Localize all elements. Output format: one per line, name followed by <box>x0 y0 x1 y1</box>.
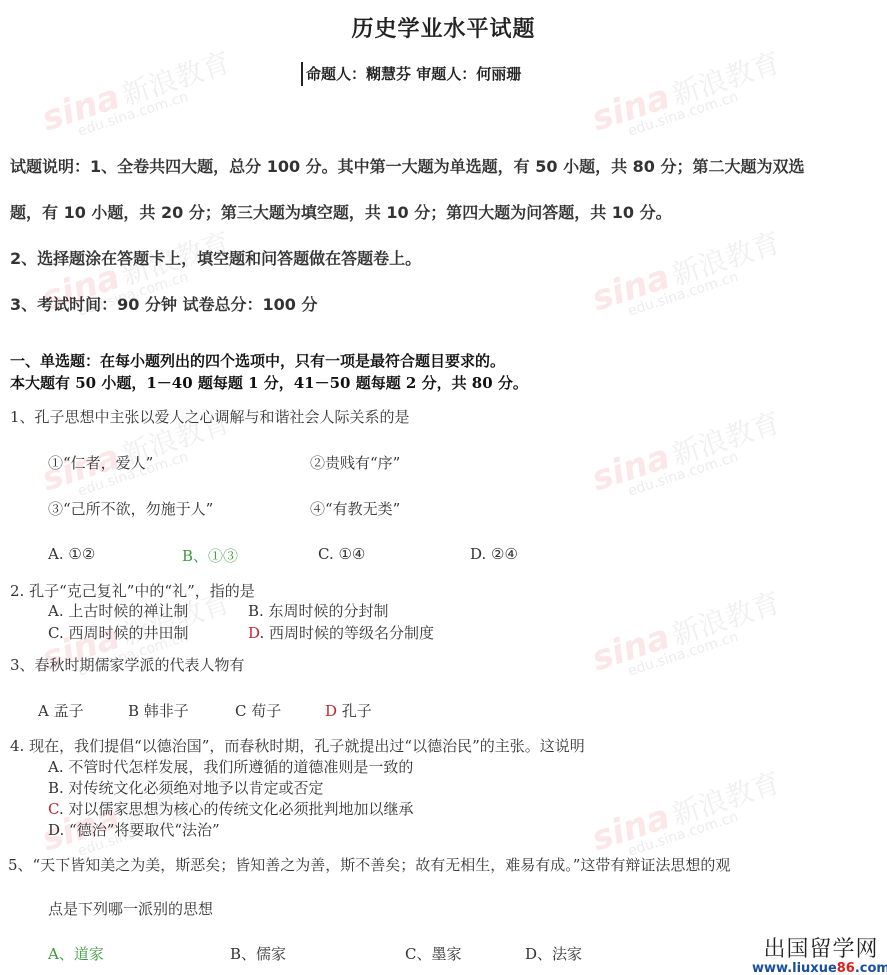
q5-option-b: B、儒家 <box>230 943 286 964</box>
q4-option-d: D. “德治”将要取代“法治” <box>48 819 220 840</box>
section-heading: 一、单选题：在每小题列出的四个选项中，只有一项是最符合题目要求的。 <box>10 350 505 371</box>
q1-statement-1: ①“仁者，爱人” <box>48 452 153 473</box>
sina-watermark: sina新浪教育edu.sina.com.cn <box>587 401 788 509</box>
sina-watermark: sina新浪教育edu.sina.com.cn <box>37 41 238 149</box>
q4-option-b: B. 对传统文化必须绝对地予以肯定或否定 <box>48 777 324 798</box>
logo-text: 出国留学网 <box>752 932 887 963</box>
q2-option-a: A. 上古时候的禅让制 <box>48 600 188 621</box>
sina-watermark: sina新浪教育edu.sina.com.cn <box>587 581 788 689</box>
q4-option-c-answer: C. 对以儒家思想为核心的传统文化必须批判地加以继承 <box>48 798 414 819</box>
question-4-stem: 4. 现在，我们提倡“以德治国”，而春秋时期，孔子就提出过“以德治民”的主张。这… <box>10 735 585 756</box>
q3-option-d-text: 孔子 <box>337 702 372 720</box>
question-5-stem-continued: 点是下列哪一派别的思想 <box>48 898 213 919</box>
q1-statement-4: ④“有教无类” <box>310 498 400 519</box>
q2-option-d-answer: D. 西周时候的等级名分制度 <box>248 622 434 643</box>
q3-option-c: C 荀子 <box>235 700 281 721</box>
q1-option-c: C. ①④ <box>318 545 365 563</box>
instructions-line-2: 题，有 10 小题，共 20 分；第三大题为填空题，共 10 分；第四大题为问答… <box>10 200 672 223</box>
q1-option-b-answer: B、①③ <box>182 545 238 566</box>
authors-line: 命题人：糊慧芬 审题人：何丽珊 <box>301 62 521 86</box>
q5-option-c: C、墨家 <box>405 943 461 964</box>
sina-watermark: sina新浪教育edu.sina.com.cn <box>587 221 788 329</box>
question-1-stem: 1、孔子思想中主张以爱人之心调解与和谐社会人际关系的是 <box>10 406 410 427</box>
instructions-line-4: 3、考试时间：90 分钟 试卷总分：100 分 <box>10 292 318 315</box>
q3-option-d-answer: D 孔子 <box>325 700 372 721</box>
sina-watermark: sina新浪教育edu.sina.com.cn <box>587 41 788 149</box>
q1-statement-3: ③“己所不欲，勿施于人” <box>48 498 213 519</box>
q2-option-c: C. 西周时候的井田制 <box>48 622 188 643</box>
liuxue86-logo: 出国留学网 www.liuxue86.com <box>752 932 887 975</box>
instructions-line-1: 试题说明：1、全卷共四大题，总分 100 分。其中第一大题为单选题，有 50 小… <box>10 154 805 177</box>
q5-option-a-answer: A、道家 <box>48 943 104 964</box>
q4-option-c-text: . 对以儒家思想为核心的传统文化必须批判地加以继承 <box>59 800 414 818</box>
q4-option-c-letter: C <box>48 800 59 818</box>
question-3-stem: 3、春秋时期儒家学派的代表人物有 <box>10 654 245 675</box>
question-5-stem: 5、“天下皆知美之为美，斯恶矣；皆知善之为善，斯不善矣；故有无相生，难易有成。”… <box>8 854 730 875</box>
q2-option-b: B. 东周时候的分封制 <box>248 600 389 621</box>
section-subheading: 本大题有 50 小题，1－40 题每题 1 分，41－50 题每题 2 分，共 … <box>10 372 528 393</box>
q3-option-d-letter: D <box>325 702 337 720</box>
page-title: 历史学业水平试题 <box>0 12 887 43</box>
q2-option-d-letter: D <box>248 624 260 642</box>
q1-option-d: D. ②④ <box>470 545 518 563</box>
logo-url: www.liuxue86.com <box>752 961 887 975</box>
sina-watermark: sina新浪教育edu.sina.com.cn <box>587 761 788 869</box>
question-2-stem: 2. 孔子“克己复礼”中的“礼”，指的是 <box>10 580 255 601</box>
q3-option-a: A 孟子 <box>38 700 84 721</box>
q4-option-a: A. 不管时代怎样发展，我们所遵循的道德准则是一致的 <box>48 756 413 777</box>
instructions-line-3: 2、选择题涂在答题卡上，填空题和问答题做在答题卷上。 <box>10 246 421 269</box>
q1-option-a: A. ①② <box>48 545 95 563</box>
q1-statement-2: ②贵贱有“序” <box>310 452 400 473</box>
q5-option-d: D、法家 <box>525 943 582 964</box>
q2-option-d-text: . 西周时候的等级名分制度 <box>260 624 435 642</box>
q3-option-b: B 韩非子 <box>128 700 189 721</box>
